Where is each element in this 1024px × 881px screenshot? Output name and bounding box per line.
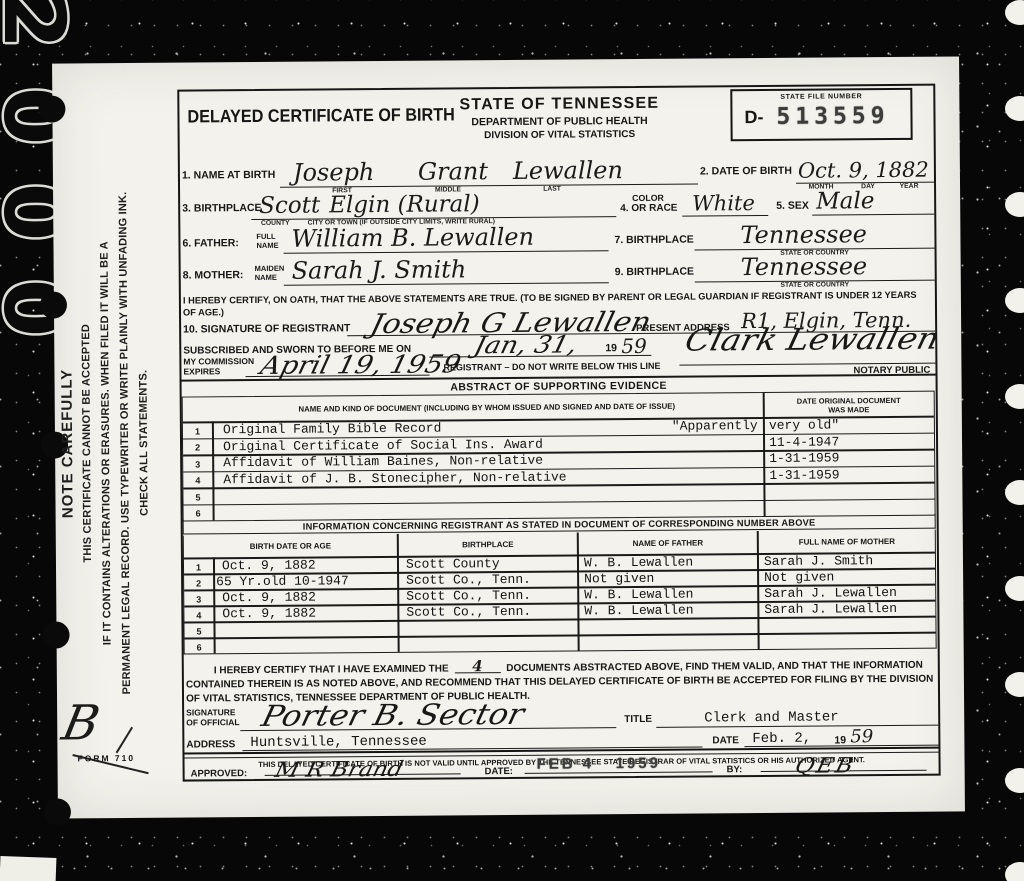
father-birthplace-value: Tennessee (740, 220, 867, 249)
father-label: 6. FATHER: (182, 237, 238, 249)
official-signature-label-bottom: OF OFFICIAL (186, 717, 239, 727)
info-birthplace: Scott Co., Tenn. (406, 604, 531, 620)
mother-sublabel-maiden: MAIDEN (255, 264, 285, 273)
col-header-father: NAME OF FATHER (579, 538, 757, 548)
sublabel-state-or-country: STATE OR COUNTRY (780, 281, 849, 289)
info-birth-date: Oct. 9, 1882 (222, 558, 316, 574)
info-row-number: 4 (184, 608, 213, 623)
mother-label: 8. MOTHER: (183, 269, 244, 281)
file-number-prefix: D- (744, 107, 763, 128)
info-mother-name: Sarah J. Smith (764, 553, 873, 569)
approved-by-label: BY: (727, 764, 743, 775)
father-name-value: William B. Lewallen (291, 223, 534, 253)
title-label: TITLE (624, 714, 652, 725)
info-birth-date: Oct. 9, 1882 (222, 606, 316, 622)
official-signature-label-top: SIGNATURE (186, 707, 236, 717)
state-file-number-box: STATE FILE NUMBER D- 513559 (730, 88, 912, 141)
address-label: ADDRESS (186, 739, 235, 750)
film-sprocket-shadow (38, 95, 65, 122)
margin-warning-text: NOTE CAREFULLY THIS CERTIFICATE CANNOT B… (56, 123, 157, 764)
approval-date-stamp: FEB 4 1959 (537, 755, 662, 773)
form-number: FORM 710 (77, 753, 135, 763)
name-at-birth-label: 1. NAME AT BIRTH (182, 169, 275, 182)
info-row-number: 1 (184, 560, 213, 575)
father-birthplace-field: Tennessee STATE OR COUNTRY (694, 220, 934, 251)
table-column-line (397, 534, 400, 652)
birth-certificate-form: DELAYED CERTIFICATE OF BIRTH STATE OF TE… (177, 84, 940, 782)
date-of-birth-field: Oct. 9, 1882 MONTH DAY YEAR (796, 154, 934, 184)
evidence-row-number: 5 (183, 490, 212, 505)
file-number-label: STATE FILE NUMBER (732, 93, 910, 101)
sworn-date-value: Jan, 31, (471, 330, 580, 359)
film-sprocket-hole (1005, 384, 1024, 409)
date-of-birth-value: Oct. 9, 1882 (798, 158, 929, 183)
film-sprocket-hole (1005, 576, 1024, 601)
father-sublabel-full: FULL (256, 232, 275, 241)
birthplace-field: Scott Elgin (Rural) COUNTY CITY OR TOWN … (251, 189, 616, 220)
col-header-birthplace: BIRTHPLACE (399, 539, 577, 549)
film-digit: 2 (0, 0, 82, 70)
approved-signature: M R Brand (273, 757, 406, 782)
sworn-year-prefix: 19 (605, 342, 617, 354)
evidence-row-number: 2 (183, 440, 212, 455)
commission-date-value: April 19, 1959 (258, 349, 464, 380)
name-first-value: Joseph (293, 158, 375, 187)
date-value: Feb. 2, (752, 731, 811, 747)
race-value: White (692, 191, 755, 215)
info-row-number: 6 (185, 640, 214, 655)
mother-name-value: Sarah J. Smith (292, 255, 467, 284)
title-value: Clerk and Master (704, 709, 839, 726)
father-birthplace-label: 7. BIRTHPLACE (614, 234, 693, 247)
table-row-line (184, 498, 935, 505)
official-signature: Porter B. Sector (258, 697, 528, 733)
col-header-mother: FULL NAME OF MOTHER (759, 537, 935, 547)
film-sprocket-hole (1005, 0, 1024, 25)
film-sprocket-hole (1005, 480, 1024, 505)
mother-birthplace-value: Tennessee (741, 252, 868, 281)
info-row-number: 2 (184, 576, 213, 591)
table-column-line (577, 532, 580, 650)
info-birthplace: Scott County (406, 556, 500, 572)
certificate-paper: NOTE CAREFULLY THIS CERTIFICATE CANNOT B… (52, 56, 965, 818)
info-father-name: W. B. Lewallen (584, 555, 693, 571)
mother-birthplace-field: Tennessee STATE OR COUNTRY (695, 252, 935, 283)
file-number-stamp: 513559 (776, 103, 889, 130)
approval-date-label: DATE: (485, 766, 513, 777)
table-row-line (185, 632, 936, 639)
film-sprocket-shadow (44, 798, 71, 825)
date-of-birth-label: 2. DATE OF BIRTH (700, 165, 792, 178)
mother-bp-sublabels: STATE OR COUNTRY (695, 280, 935, 291)
info-father-name: Not given (584, 571, 654, 587)
sworn-year-value: 59 (621, 334, 647, 358)
info-father-name: W. B. Lewallen (584, 603, 693, 619)
evidence-date-value: very old" (769, 417, 839, 433)
race-label-bottom: 4. OR RACE (620, 203, 677, 214)
certification-text-before: I HEREBY CERTIFY THAT I HAVE EXAMINED TH… (214, 663, 449, 676)
info-mother-name: Sarah J. Lewallen (764, 601, 897, 617)
film-sprocket-hole (1005, 768, 1024, 793)
address-value: Huntsville, Tennessee (250, 734, 427, 751)
info-mother-name: Not given (764, 569, 834, 585)
sex-value: Male (816, 188, 874, 214)
registrant-signature-label: 10. SIGNATURE OF REGISTRANT (183, 322, 350, 335)
mother-sublabel-name: NAME (255, 273, 277, 282)
info-birth-date: Oct. 9, 1882 (222, 590, 316, 606)
evidence-row-number: 1 (183, 424, 212, 439)
birthplace-county-value: Scott (259, 192, 320, 218)
approval-strip: THIS DELAYED CERTIFICATE OF BIRTH IS NOT… (184, 747, 938, 780)
evidence-row-number: 3 (183, 457, 212, 472)
notary-signature-line (679, 346, 935, 366)
document-count-value: 4 (454, 661, 500, 673)
birthplace-label: 3. BIRTHPLACE (182, 202, 261, 215)
approved-by-signature: QEB (793, 753, 858, 778)
info-mother-name: Sarah J. Lewallen (764, 585, 897, 601)
father-sublabel-name: NAME (256, 241, 278, 250)
birthplace-city-value: Elgin (Rural) (329, 191, 480, 218)
evidence-date-column-header2: WAS MADE (765, 405, 933, 415)
name-at-birth-field: Joseph Grant Lewallen FIRST MIDDLE LAST (280, 156, 698, 188)
film-sprocket-hole (1005, 862, 1024, 881)
no-write-note: REGISTRANT – DO NOT WRITE BELOW THIS LIN… (443, 361, 660, 373)
film-sprocket-hole (1005, 288, 1024, 313)
race-label-top: COLOR (632, 193, 664, 203)
mother-name-field: Sarah J. Smith (284, 254, 609, 286)
info-birth-date: 65 Yr.old 10-1947 (216, 573, 349, 589)
evidence-doc-column-header: NAME AND KIND OF DOCUMENT (INCLUDING BY … (213, 401, 761, 414)
film-sprocket-hole (1005, 672, 1024, 697)
commission-label-top: MY COMMISSION (183, 356, 254, 367)
sex-label: 5. SEX (776, 200, 809, 212)
name-middle-value: Grant (418, 157, 488, 186)
mother-birthplace-label: 9. BIRTHPLACE (615, 266, 694, 279)
microfilm-frame: { "film": { "edge_digits": ["2", "0", "0… (0, 0, 1024, 881)
info-row-number: 5 (184, 624, 213, 639)
evidence-doc-name: Original Certificate of Social Ins. Awar… (223, 436, 543, 454)
evidence-row-number: 4 (183, 473, 212, 488)
film-sprocket-hole (1005, 192, 1024, 217)
evidence-doc-note: "Apparently (672, 418, 758, 434)
evidence-date-value: 1-31-1959 (769, 450, 839, 466)
evidence-doc-name: Affidavit of J. B. Stonecipher, Non-rela… (223, 469, 566, 487)
col-header-birth-date: BIRTH DATE OR AGE (184, 541, 397, 552)
date-label: DATE (712, 735, 739, 746)
info-row-number: 3 (184, 592, 213, 607)
info-birthplace: Scott Co., Tenn. (406, 588, 531, 604)
info-father-name: W. B. Lewallen (584, 587, 693, 603)
evidence-doc-name: Original Family Bible Record (223, 421, 442, 438)
sex-field: Male (812, 187, 934, 216)
year-value: 59 (850, 726, 873, 747)
commission-label-bottom: EXPIRES (183, 366, 220, 376)
evidence-date-value: 1-31-1959 (769, 467, 839, 483)
approved-label: APPROVED: (191, 768, 248, 779)
father-name-field: William B. Lewallen (283, 222, 608, 254)
division-name: DIVISION OF VITAL STATISTICS (418, 128, 702, 141)
form-title: DELAYED CERTIFICATE OF BIRTH (187, 104, 454, 127)
evidence-date-value: 11-4-1947 (769, 434, 839, 450)
state-name: STATE OF TENNESSEE (417, 94, 701, 114)
film-frame-corner (0, 856, 56, 881)
evidence-doc-name: Affidavit of William Baines, Non-relativ… (223, 453, 543, 471)
agency-header: STATE OF TENNESSEE DEPARTMENT OF PUBLIC … (417, 94, 701, 141)
film-sprocket-hole (1005, 96, 1024, 121)
table-column-line (757, 531, 760, 649)
registrant-info-table: BIRTH DATE OR AGE BIRTHPLACE NAME OF FAT… (183, 530, 937, 655)
info-birthplace: Scott Co., Tenn. (406, 572, 531, 588)
name-last-value: Lewallen (513, 156, 623, 185)
evidence-table: NAME AND KIND OF DOCUMENT (INCLUDING BY … (182, 391, 936, 522)
department-name: DEPARTMENT OF PUBLIC HEALTH (417, 114, 701, 128)
year-prefix: 19 (834, 734, 846, 746)
race-field: White (682, 188, 768, 217)
